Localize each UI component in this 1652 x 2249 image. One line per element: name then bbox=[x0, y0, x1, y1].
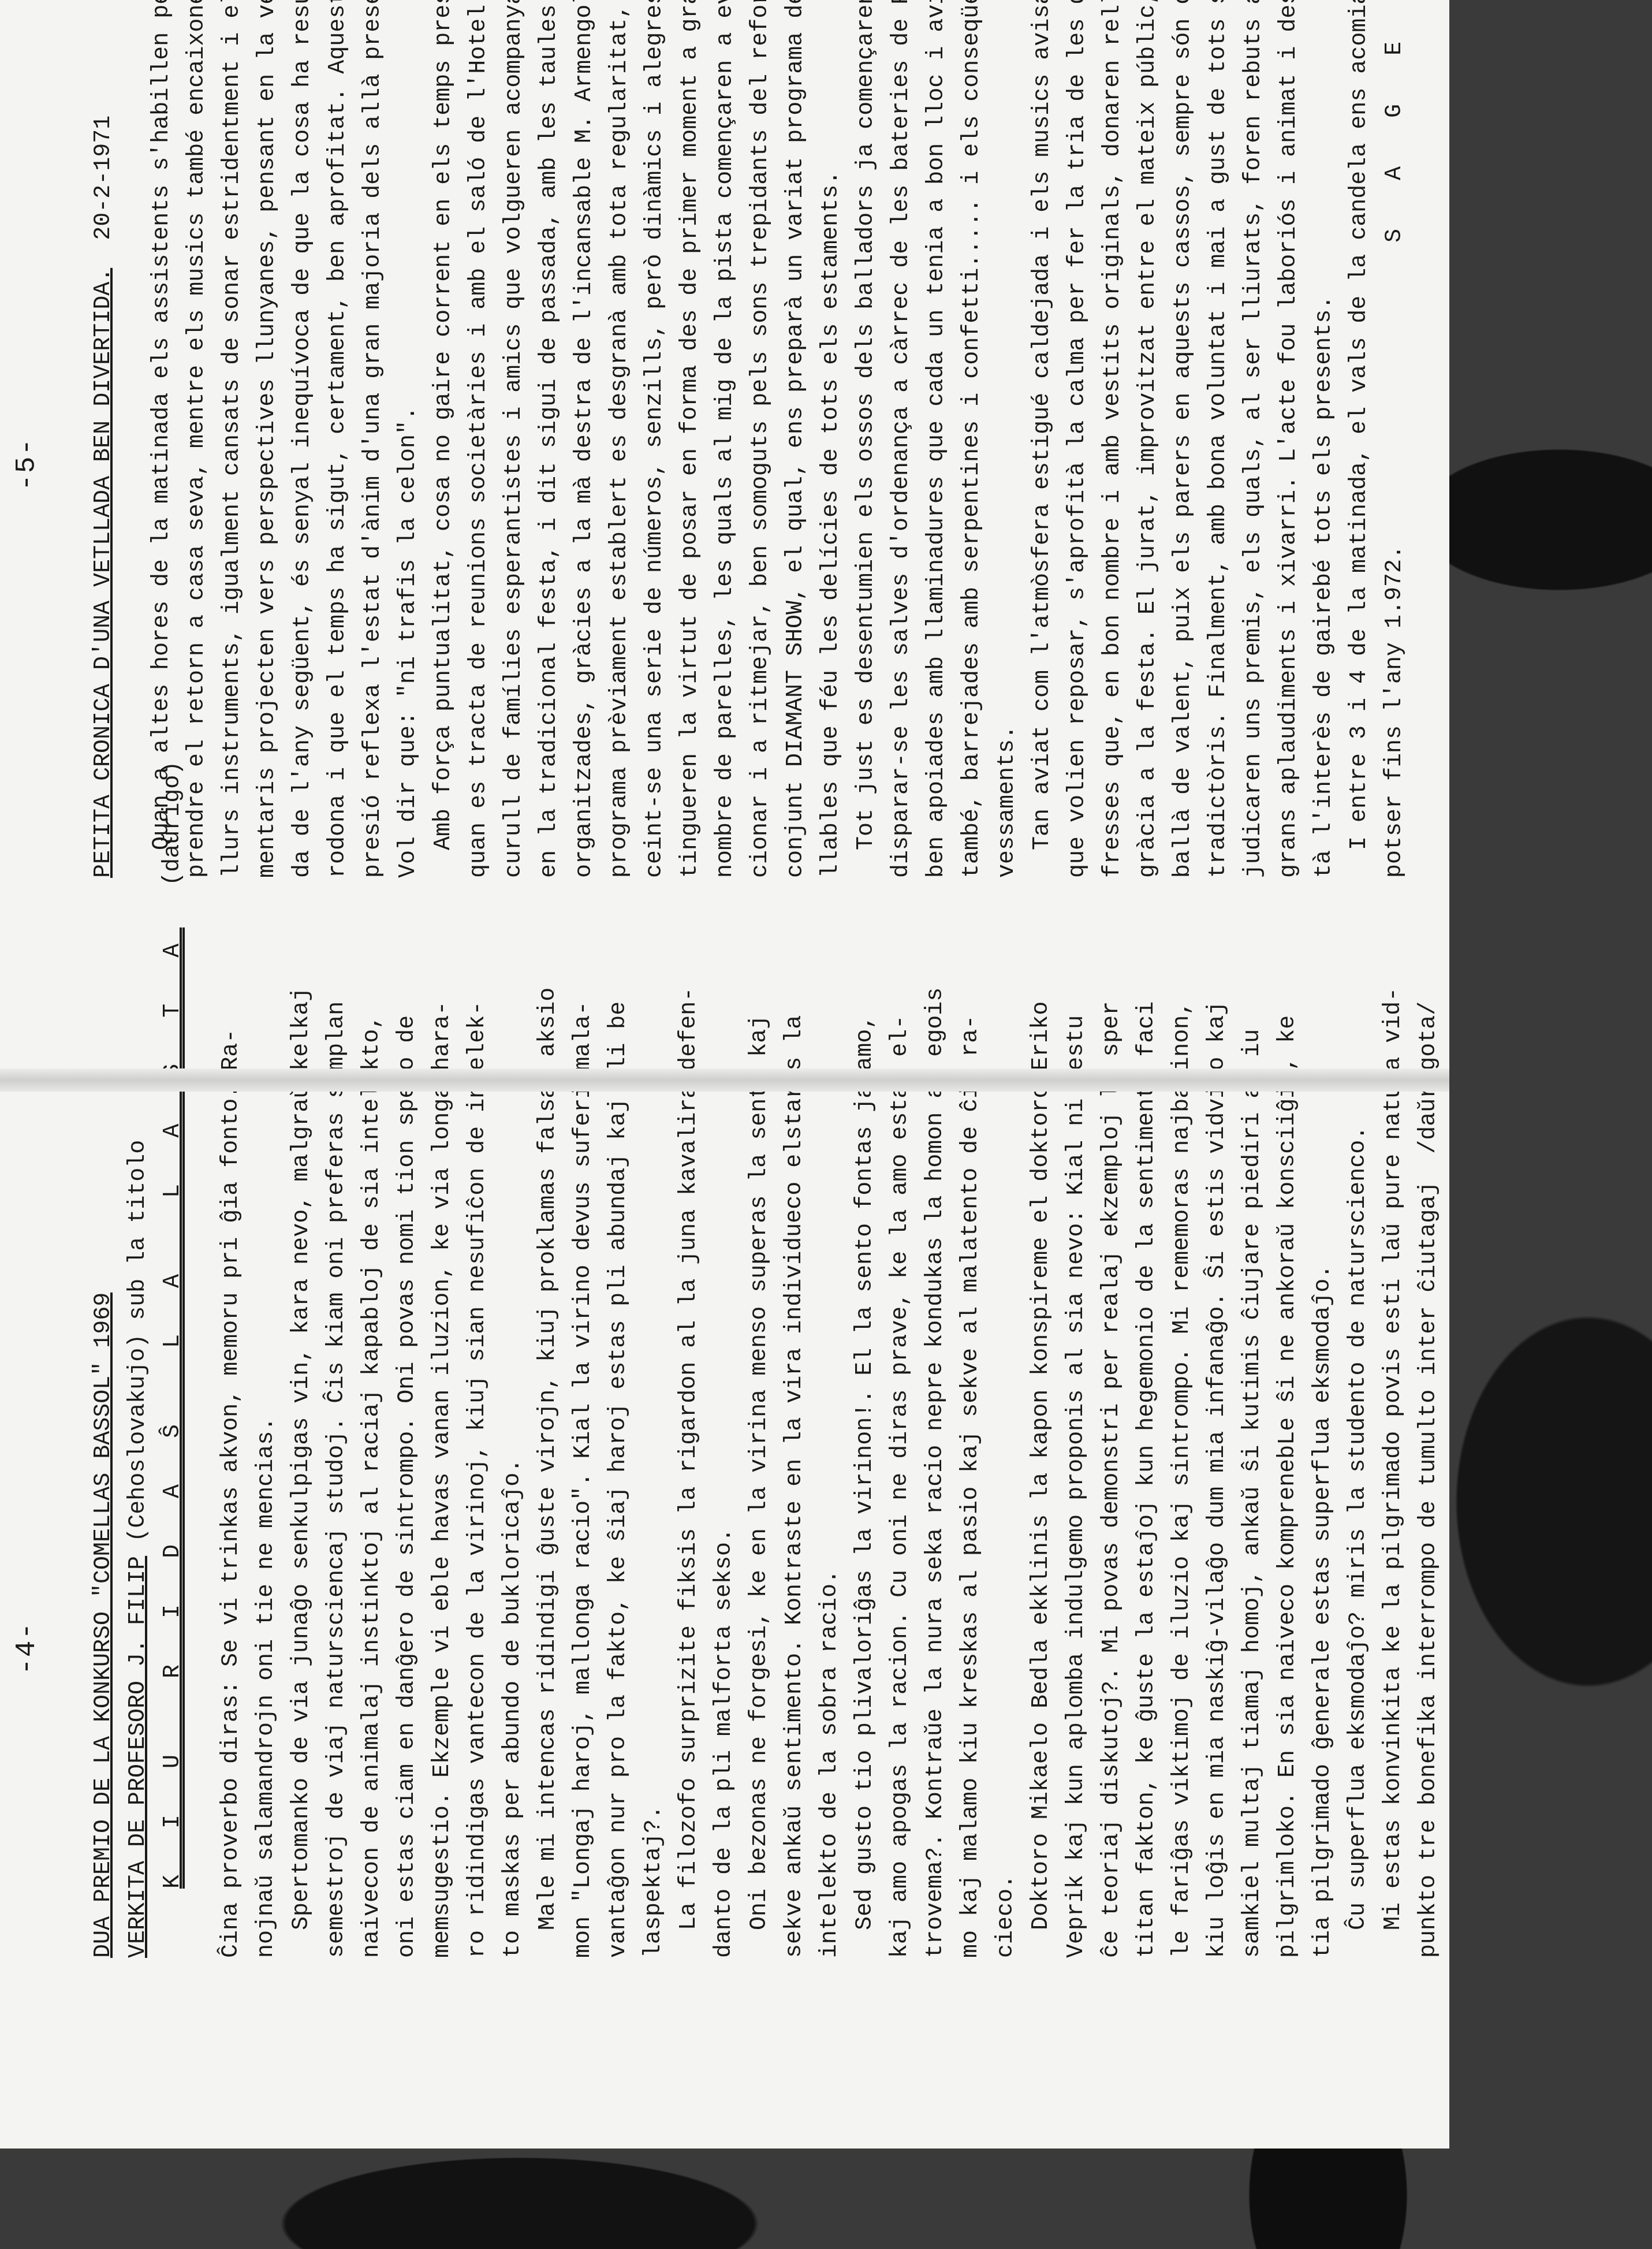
text-line: gràcia a la festa. El jurat, improvitzat… bbox=[1131, 23, 1166, 878]
text-line: kiu loĝis en mia naskiĝ-vilaĝo dum mia i… bbox=[1200, 1126, 1235, 1958]
text-line: llables que féu les delícies de tots els… bbox=[814, 23, 849, 878]
text-line: titan fakton, ke ĝuste la estaĵoj kun he… bbox=[1129, 1126, 1165, 1958]
text-line: també, barrejades amb serpentines i conf… bbox=[954, 23, 990, 878]
text-line: Ĉu superflua eksmodaĵo? miris la student… bbox=[1341, 1126, 1376, 1958]
text-line: ben apoiades amb llaminadures que cada u… bbox=[919, 23, 954, 878]
text-line: Mi estas konvinkita ke la pilgrimado pov… bbox=[1376, 1126, 1411, 1958]
text-line: pilgrimloko. En sia naiveco komprenebLe … bbox=[1270, 1126, 1306, 1958]
story-title-line: K I U R I D A Ŝ L A L A S T A (daŭrigo) bbox=[156, 1126, 191, 1958]
text-line: Tot just es desentumien els ossos dels b… bbox=[849, 23, 884, 878]
text-line: tia pilgrimado ĝenerale estas superflua … bbox=[1306, 1126, 1341, 1958]
text-line: conjunt DIAMANT SHOW, el qual, ens prepa… bbox=[778, 23, 814, 878]
text-line: Ĉina proverbo diras: Se vi trinkas akvon… bbox=[214, 1126, 249, 1958]
text-line: Amb força puntualitat, cosa no gaire cor… bbox=[426, 23, 461, 878]
page-number: -4- bbox=[12, 1622, 43, 1675]
text-line: vantaĝon nur pro la fakto, ke ŝiaj haroj… bbox=[601, 1126, 636, 1958]
text-line: que volien reposar, s'aprofità la calma … bbox=[1060, 23, 1095, 878]
page-4: -4- DUA PREMIO DE LA KONKURSO "COMELLAS … bbox=[0, 1092, 1449, 2149]
text-line: Quan a altes hores de la matinada els as… bbox=[144, 23, 180, 878]
text-line: sekve ankaŭ sentimento. Kontraste en la … bbox=[777, 1126, 812, 1958]
text-line: La filozofo surprizite fiksis la rigardo… bbox=[672, 1126, 707, 1958]
text-line: kaj amo apogas la racion. Cu oni ne dira… bbox=[883, 1126, 918, 1958]
text-line: mon "Longaj haroj, mallonga racio". Kial… bbox=[566, 1126, 601, 1958]
page-4-body: Ĉina proverbo diras: Se vi trinkas akvon… bbox=[214, 1126, 1446, 1958]
text-line: punkto tre bonefika interrompo de tumult… bbox=[1411, 1126, 1446, 1958]
text-line: organitzades, gràcies a la mà destra de … bbox=[567, 23, 602, 878]
text-line: fresses que, en bon nombre i amb vestits… bbox=[1095, 23, 1131, 878]
text-line: intelekto de la sobra racio. bbox=[812, 1126, 848, 1958]
text-line: tà l'interès de gairebé tots els present… bbox=[1307, 23, 1342, 878]
text-line: trovema?. Kontraŭe la nura seka racio ne… bbox=[918, 1126, 953, 1958]
text-line: I entre 3 i 4 de la matinada, el vals de… bbox=[1342, 23, 1377, 878]
text-line: le fariĝas viktimoj de iluzio kaj sintro… bbox=[1165, 1126, 1200, 1958]
signature: S A G E T A bbox=[1382, 0, 1408, 243]
text-line: mo kaj malamo kiu kreskas al pasio kaj s… bbox=[953, 1126, 989, 1958]
text-line: ĉe teoriaj diskutoj?. Mi povas demonstri… bbox=[1094, 1126, 1129, 1958]
text-line: judicaren uns premis, els quals, al ser … bbox=[1236, 23, 1271, 878]
text-line: ballà de valent, puix els parers en aque… bbox=[1166, 23, 1201, 878]
text-line: to maskas per abundo de bukloricaĵo. bbox=[495, 1126, 531, 1958]
chronicle-date: 20-2-1971 bbox=[91, 116, 117, 240]
chronicle-heading: PETITA CRONICA D'UNA VETLLADA BEN DIVERT… bbox=[91, 268, 117, 878]
text-line: nojnaŭ salamandrojn oni tie ne mencias. bbox=[249, 1126, 284, 1958]
author-line: VERKITA DE PROFESORO J. FILIP (Cehoslova… bbox=[121, 1126, 156, 1958]
text-line: Vol dir que: "ni trafis la celon". bbox=[391, 23, 426, 878]
page-number: -5- bbox=[12, 438, 43, 491]
text-line: programa prèviament establert es desgran… bbox=[602, 23, 637, 878]
text-line: da de l'any següent, és senyal inequívoc… bbox=[285, 23, 320, 878]
text-line: tradictòris. Finalment, amb bona volunta… bbox=[1201, 23, 1236, 878]
author-country: (Cehoslovakujo) sub la titolo bbox=[125, 1140, 151, 1556]
text-line: llurs instruments, igualment cansats de … bbox=[215, 23, 250, 878]
text-line: Tan aviat com l'atmòsfera estigué caldej… bbox=[1025, 23, 1060, 878]
text-line: ro ridindigas vantecon de la virinoj, ki… bbox=[460, 1126, 495, 1958]
text-line: Veprik kaj kun aplomba indulgemo proponi… bbox=[1059, 1126, 1094, 1958]
scanned-document-spread: -4- DUA PREMIO DE LA KONKURSO "COMELLAS … bbox=[0, 0, 1449, 2149]
text-line: naivecon de animalaj instinktoj al racia… bbox=[355, 1126, 390, 1958]
page-5-body: Quan a altes hores de la matinada els as… bbox=[144, 23, 1412, 878]
text-line: tingueren la virtut de posar en forma de… bbox=[673, 23, 708, 878]
text-line: rodona i que el temps ha sigut, certamen… bbox=[320, 23, 356, 878]
author-heading: VERKITA DE PROFESORO J. FILIP bbox=[125, 1556, 151, 1958]
page-5: -5- PETITA CRONICA D'UNA VETLLADA BEN DI… bbox=[0, 0, 1449, 1068]
chronicle-heading-line: PETITA CRONICA D'UNA VETLLADA BEN DIVERT… bbox=[87, 23, 121, 878]
text-line: grans aplaudiments i xivarri. L'acte fou… bbox=[1271, 23, 1307, 878]
text-line: Doktoro Mikaelo Bedla ekklinis la kapon … bbox=[1024, 1126, 1059, 1958]
text-line: cieco. bbox=[989, 1126, 1024, 1958]
text-line: danto de la pli malforta sekso. bbox=[707, 1126, 742, 1958]
contest-heading: DUA PREMIO DE LA KONKURSO "COMELLAS BASS… bbox=[87, 1126, 121, 1958]
text-line: Male mi intencas ridindigi ĝuste virojn,… bbox=[531, 1126, 566, 1958]
text-line: semestroj de viaj natursciencaj studoj. … bbox=[319, 1126, 355, 1958]
text-line: vessaments. bbox=[990, 23, 1025, 878]
text-line: ceint-se una serie de números, senzills,… bbox=[637, 23, 673, 878]
text-line: curull de famílies esperantistes i amics… bbox=[497, 23, 532, 878]
text-line: mentaris projecten vers perspectives llu… bbox=[250, 23, 285, 878]
text-line: Spertomanko de via junaĝo senkulpigas vi… bbox=[284, 1126, 319, 1958]
text-line: disparar-se les salves d'ordenança a càr… bbox=[884, 23, 919, 878]
text-line: Sed gusto tio plivaloriĝas la virinon!. … bbox=[848, 1126, 883, 1958]
text-line: presió reflexa l'estat d'ànim d'una gran… bbox=[356, 23, 391, 878]
text-line: Oni bezonas ne forgesi, ke en la virina … bbox=[742, 1126, 777, 1958]
text-line: cionar i a ritmejar, ben somoguts pels s… bbox=[743, 23, 778, 878]
text-line: laspektaj?. bbox=[636, 1126, 672, 1958]
text-line: oni estas ciam en danĝero de sintrompo. … bbox=[390, 1126, 425, 1958]
text-line: samkiel multaj tiamaj homoj, ankaŭ ŝi ku… bbox=[1235, 1126, 1270, 1958]
text-line: prendre el retorn a casa seva, mentre el… bbox=[180, 23, 215, 878]
text-line: nombre de parelles, les quals al mig de … bbox=[708, 23, 743, 878]
page-fold bbox=[0, 1068, 1449, 1092]
text-line: quan es tracta de reunions societàries i… bbox=[461, 23, 497, 878]
text-line: memsugestio. Ekzemple vi eble havas vana… bbox=[425, 1126, 460, 1958]
text-line: en la tradicional festa, i dit sigui de … bbox=[532, 23, 567, 878]
